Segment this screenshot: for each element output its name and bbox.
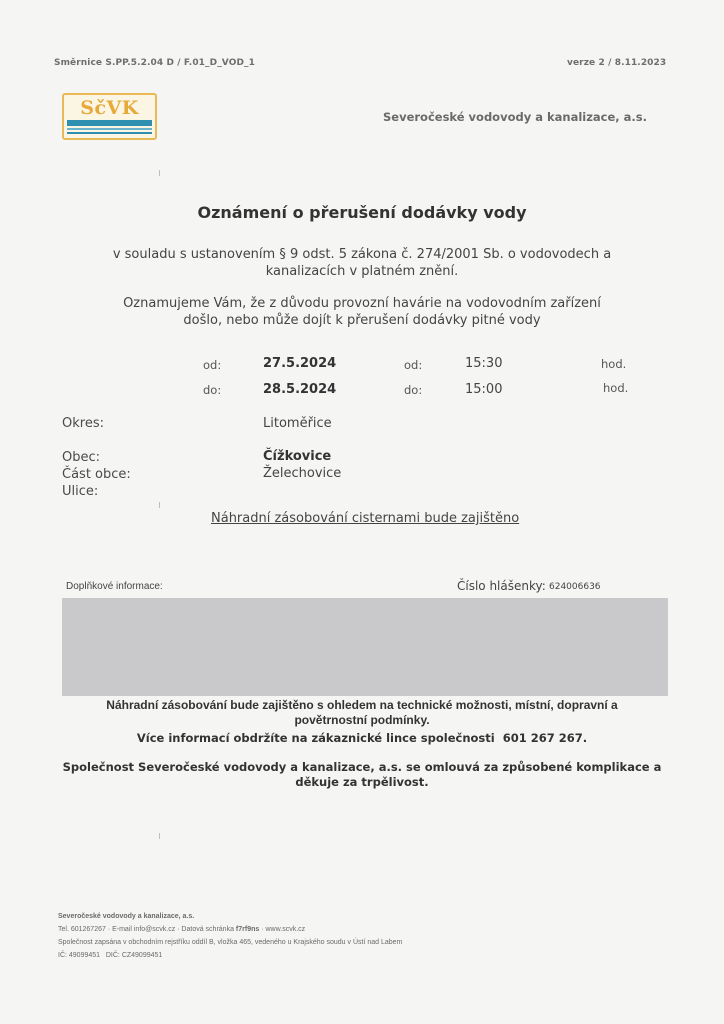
from-date-label: od: (203, 358, 221, 372)
notice-page: Směrnice S.PP.5.2.04 D / F.01_D_VOD_1 ve… (0, 0, 724, 1024)
from-time-label: od: (404, 358, 422, 372)
apology-line-1: Společnost Severočeské vodovody a kanali… (0, 760, 724, 774)
hotline-line: Více informací obdržíte na zákaznické li… (0, 731, 724, 745)
footer-contact-prefix: Tel. 601267267 · E-mail info@scvk.cz · D… (58, 926, 234, 933)
scvk-logo: SčVK (62, 93, 157, 140)
footer-company: Severočeské vodovody a kanalizace, a.s. (58, 913, 194, 920)
from-time: 15:30 (465, 356, 502, 371)
to-time-label: do: (404, 383, 422, 397)
intro-line-1: Oznamujeme Vám, že z důvodu provozní hav… (0, 296, 724, 311)
directive-code: Směrnice S.PP.5.2.04 D / F.01_D_VOD_1 (54, 58, 255, 68)
to-date-label: do: (203, 383, 221, 397)
apology-line-2: děkuje za trpělivost. (0, 775, 724, 789)
district-value: Litoměřice (263, 416, 332, 431)
footer-contact: Tel. 601267267 · E-mail info@scvk.cz · D… (58, 926, 305, 933)
supply-conditions-line-1: Náhradní zásobování bude zajištěno s ohl… (0, 698, 724, 712)
intro-line-2: došlo, nebo může dojít k přerušení dodáv… (0, 313, 724, 328)
supply-conditions-line-2: povětrnostní podmínky. (0, 713, 724, 727)
to-time-unit: hod. (603, 381, 628, 395)
street-label: Ulice: (62, 484, 98, 499)
additional-info-label: Doplňkové informace: (66, 581, 163, 592)
logo-stripe (67, 132, 152, 134)
part-label: Část obce: (62, 467, 131, 482)
legal-reference-line-2: kanalizacích v platném znění. (0, 264, 724, 279)
report-number-label: Číslo hlášenky: (457, 579, 546, 593)
footer-registration: Společnost zapsána v obchodním rejstříku… (58, 939, 402, 946)
logo-stripe (67, 128, 152, 130)
report-number: 624006636 (549, 582, 601, 592)
to-time: 15:00 (465, 382, 502, 397)
scan-speck (159, 502, 160, 508)
municipality-label: Obec: (62, 450, 100, 465)
footer-data-box: f7rf9ns (236, 926, 259, 933)
scan-speck (159, 170, 160, 176)
legal-reference-line-1: v souladu s ustanovením § 9 odst. 5 záko… (0, 247, 724, 262)
part-value: Želechovice (263, 466, 341, 481)
from-time-unit: hod. (601, 357, 626, 371)
from-date: 27.5.2024 (263, 356, 336, 371)
hotline-number: 601 267 267. (503, 731, 587, 745)
version-date: verze 2 / 8.11.2023 (567, 58, 666, 68)
footer-ids: IČ: 49099451 DIČ: CZ49099451 (58, 952, 162, 959)
scan-speck (159, 833, 160, 839)
hotline-text: Více informací obdržíte na zákaznické li… (137, 731, 495, 745)
district-label: Okres: (62, 416, 104, 431)
logo-stripe (67, 120, 152, 126)
logo-text: SčVK (64, 97, 155, 119)
page-title: Oznámení o přerušení dodávky vody (0, 203, 724, 222)
footer-website[interactable]: · www.scvk.cz (261, 926, 305, 933)
redacted-additional-info (62, 598, 668, 696)
municipality-value: Čížkovice (263, 449, 331, 464)
company-name-header: Severočeské vodovody a kanalizace, a.s. (383, 110, 647, 124)
replacement-supply-note: Náhradní zásobování cisternami bude zaji… (211, 511, 519, 526)
to-date: 28.5.2024 (263, 382, 336, 397)
